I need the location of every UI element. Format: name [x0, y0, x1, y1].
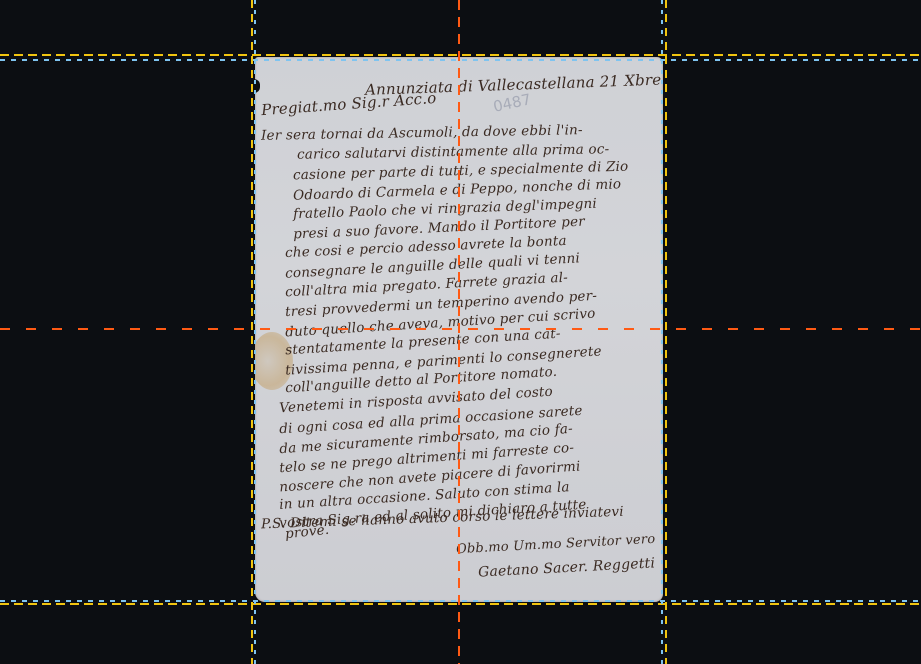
crop-guide-bottom[interactable]	[0, 603, 921, 605]
salutation: Pregiat.mo Sig.r Acc.o	[261, 89, 437, 119]
center-guide-vertical[interactable]	[458, 0, 460, 664]
closing-formula: Obb.mo Um.mo Servitor vero	[455, 532, 655, 557]
content-guide-right[interactable]	[661, 0, 663, 664]
crop-guide-top[interactable]	[0, 54, 921, 56]
crop-guide-right[interactable]	[665, 0, 667, 664]
crop-guide-left[interactable]	[251, 0, 253, 664]
center-guide-horizontal[interactable]	[0, 328, 921, 330]
letter-line: Ier sera tornai da Ascumoli, da dove ebb…	[261, 122, 583, 144]
content-guide-top[interactable]	[0, 59, 921, 61]
scan-canvas: 0487 Annunziata di Vallecastellana 21 Xb…	[0, 0, 921, 664]
content-guide-left[interactable]	[254, 0, 256, 664]
content-guide-bottom[interactable]	[0, 600, 921, 602]
signature: Gaetano Sacer. Reggetti	[478, 555, 656, 580]
